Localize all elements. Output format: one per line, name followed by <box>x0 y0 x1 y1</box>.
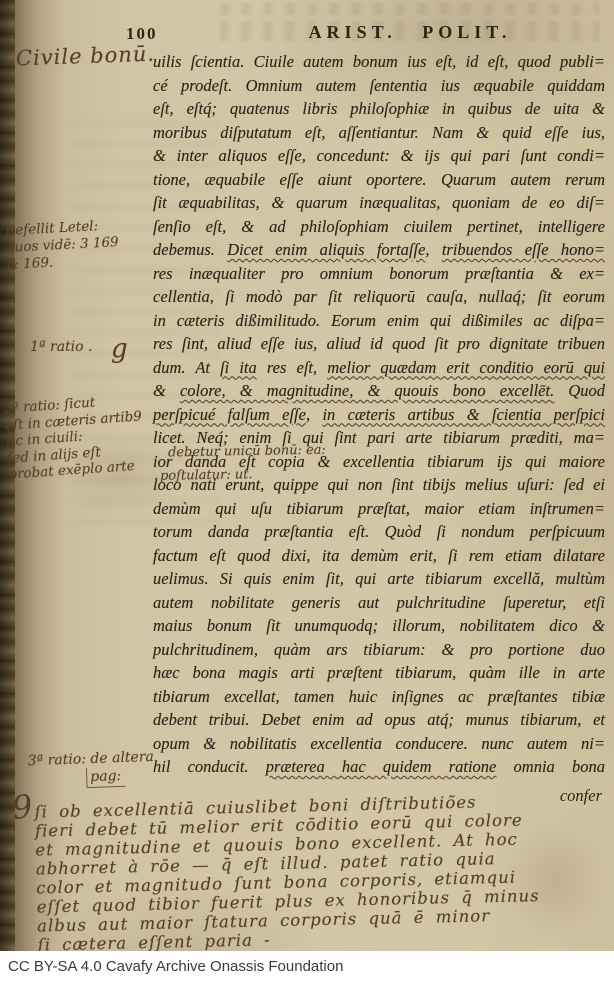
print-line: cellentia, ſi modò par ſit reliquorū cau… <box>153 285 605 309</box>
print-line: tibiarum excellat, tamen huic inſignes a… <box>153 685 605 709</box>
print-line: & colore, & magnitudine, & quouis bono e… <box>153 379 605 403</box>
marginalia-ratio-2: 2ª ratio: ſicut eſt in cæteris artib9 ſi… <box>3 391 146 483</box>
print-line: cé prodeſt. Omnium autem ſententia ius æ… <box>153 74 605 98</box>
interlinear-note-2: poſtulatur: ut. <box>160 467 253 484</box>
print-line: & inter aliquos eſſe, concedunt: & ijs q… <box>153 144 605 168</box>
marginalia-civile-bonum: Civile bonū. <box>16 42 156 71</box>
hand-underlined-text: tribuendos eſſe hono= <box>442 240 605 259</box>
print-line: opum & nobilitatis excellentia conducere… <box>153 732 605 756</box>
print-line: uelimus. Si quis enim ſit, qui arte tibi… <box>153 567 605 591</box>
print-line: ſenſio eſt, & ad philoſophiam ciuilem pe… <box>153 215 605 239</box>
marginalia-ratio-1-label: 1ª ratio . <box>30 339 92 355</box>
running-title: ARIST. POLIT. <box>265 22 555 43</box>
print-line: pulchritudinem, quàm ars tibiarum: & pro… <box>153 638 605 662</box>
print-line: eſt, eſtq́; quatenus libris philoſophiæ … <box>153 97 605 121</box>
marginalia-ratio-1: 1ª ratio . g <box>30 334 128 364</box>
print-line: maius bonum ſit unumquodq; illorum, nobi… <box>153 614 605 638</box>
hand-underlined-text: melior quædam erit conditio eorū qui <box>327 358 605 377</box>
print-line: res ſint, aliud eſſe ius, aliud id quod … <box>153 332 605 356</box>
hand-underlined-text: Dicet enim aliquis fortaſſe <box>227 240 425 259</box>
book-page-scan: 100 ARIST. POLIT. uilis ſcientia. Ciuile… <box>0 0 614 981</box>
print-line: perſpicué falſum eſſe, in cæteris artibu… <box>153 403 605 427</box>
print-line: res inæqualiter pro omnium bonorum præſt… <box>153 262 605 286</box>
print-line: debent tribui. Debet enim ad opus atq́; … <box>153 708 605 732</box>
print-line: debemus. Dicet enim aliquis fortaſſe, tr… <box>153 238 605 262</box>
print-line: hæc bona magis arti præſtent tibiarum, q… <box>153 661 605 685</box>
print-line: ſit æquabilitas, & quarum inæqualitas, q… <box>153 191 605 215</box>
print-line: uilis ſcientia. Ciuile autem bonum ius e… <box>153 50 605 74</box>
marginalia-ratio-3-line: 3ª ratio: de altera <box>27 748 154 770</box>
print-line: factum eſt quod dixi, ita demùm erit, ſi… <box>153 544 605 568</box>
bottom-note-paragraph-mark: 9 <box>10 787 34 827</box>
marginalia-ratio-3: 3ª ratio: de altera pag: <box>27 748 154 790</box>
print-line: moribus diſputatum eſt, aſſentiantur. Na… <box>153 121 605 145</box>
hand-underlined-text: ſi ita <box>220 358 257 377</box>
print-line: tione, æquabile eſſe aiunt oportere. Qua… <box>153 168 605 192</box>
print-line: dum. At ſi ita res eſt, melior quædam er… <box>153 356 605 380</box>
marginalia-ratio-3-pag: pag: <box>86 767 126 788</box>
print-line: in cæteris dißimilitudo. Eorum enim qui … <box>153 309 605 333</box>
marginalia-refellit: Refellit Letel: quos vidē: 3 169 & 169. <box>5 217 120 274</box>
print-line: hil conducit. præterea hac quidem ration… <box>153 755 605 779</box>
print-line: demùm qui uſu tibiarum præſtat, maior et… <box>153 497 605 521</box>
print-line: autem nobilitate generis aut pulchritudi… <box>153 591 605 615</box>
hand-underlined-text: perſpicué falſum eſſe <box>153 405 306 424</box>
marginalia-ratio-1-mark: g <box>111 334 128 364</box>
bottom-handwritten-note: ſi ob excellentiā cuiuslibet boni diſtri… <box>34 789 612 954</box>
hand-underlined-text: præterea hac quidem ratione <box>266 757 497 776</box>
hand-underlined-text: in cæteris artibus & ſcientia perſpici <box>322 405 605 424</box>
license-credit-text: CC BY-SA 4.0 Cavafy Archive Onassis Foun… <box>8 958 343 975</box>
print-block: uilis ſcientia. Ciuile autem bonum ius e… <box>153 50 605 779</box>
interlinear-note-1: debetur unicū bonū: ea: <box>168 443 326 461</box>
license-credit-bar: CC BY-SA 4.0 Cavafy Archive Onassis Foun… <box>0 951 614 981</box>
hand-underlined-text: colore, & magnitudine, & quouis bono exc… <box>180 381 554 400</box>
print-line: torum danda præſtantia eſt. Quòd ſi nond… <box>153 520 605 544</box>
